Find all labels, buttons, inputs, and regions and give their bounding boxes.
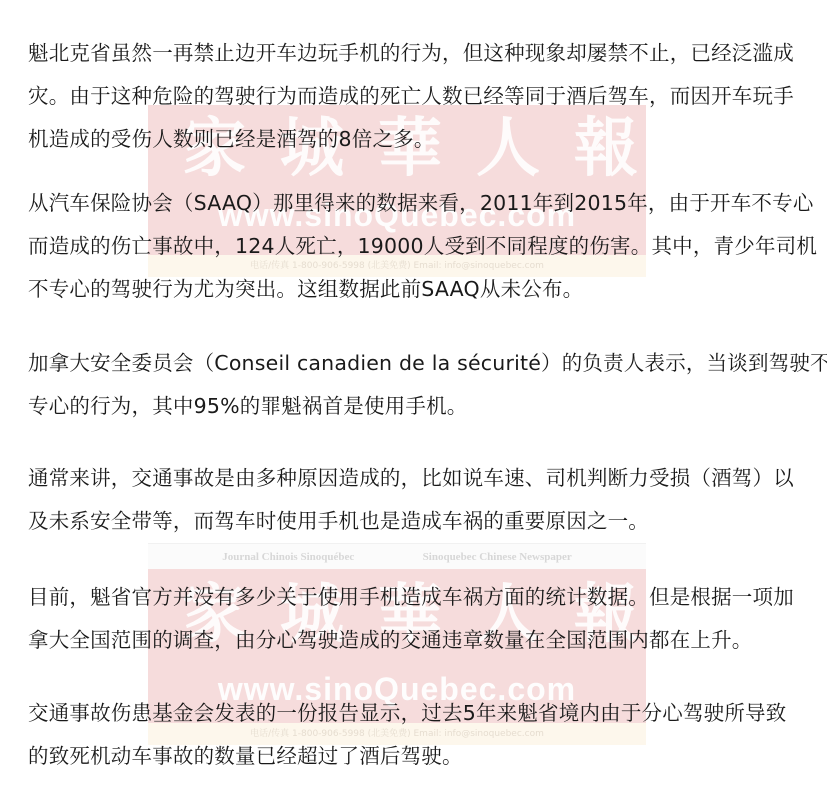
paragraph-1: 魁北克省虽然一再禁止边开车边玩手机的行为，但这种现象却屡禁不止，已经泛滥成 灾。…: [28, 32, 818, 161]
paragraph-line: 拿大全国范围的调查，由分心驾驶造成的交通违章数量在全国范围内都在上升。: [28, 619, 818, 662]
watermark-header-left: Journal Chinois Sinoquébec: [222, 551, 354, 563]
paragraph-line: 魁北克省虽然一再禁止边开车边玩手机的行为，但这种现象却屡禁不止，已经泛滥成: [28, 32, 818, 75]
paragraph-line: 目前，魁省官方并没有多少关于使用手机造成车祸方面的统计数据。但是根据一项加: [28, 576, 818, 619]
paragraph-line: 加拿大安全委员会（Conseil canadien de la sécurité…: [28, 342, 818, 385]
paragraph-3: 加拿大安全委员会（Conseil canadien de la sécurité…: [28, 342, 818, 428]
paragraph-line: 及未系安全带等，而驾车时使用手机也是造成车祸的重要原因之一。: [28, 500, 818, 543]
paragraph-line: 机造成的受伤人数则已经是酒驾的8倍之多。: [28, 118, 818, 161]
paragraph-6: 交通事故伤患基金会发表的一份报告显示，过去5年来魁省境内由于分心驾驶所导致 的致…: [28, 692, 818, 778]
paragraph-2: 从汽车保险协会（SAAQ）那里得来的数据来看，2011年到2015年，由于开车不…: [28, 182, 818, 311]
watermark-header: Journal Chinois Sinoquébec Sinoquebec Ch…: [148, 543, 646, 569]
paragraph-line: 灾。由于这种危险的驾驶行为而造成的死亡人数已经等同于酒后驾车，而因开车玩手: [28, 75, 818, 118]
paragraph-4: 通常来讲，交通事故是由多种原因造成的，比如说车速、司机判断力受损（酒驾）以 及未…: [28, 457, 818, 543]
paragraph-5: 目前，魁省官方并没有多少关于使用手机造成车祸方面的统计数据。但是根据一项加 拿大…: [28, 576, 818, 662]
paragraph-line: 交通事故伤患基金会发表的一份报告显示，过去5年来魁省境内由于分心驾驶所导致: [28, 692, 818, 735]
paragraph-line: 从汽车保险协会（SAAQ）那里得来的数据来看，2011年到2015年，由于开车不…: [28, 182, 818, 225]
paragraph-line: 的致死机动车事故的数量已经超过了酒后驾驶。: [28, 735, 818, 778]
watermark-header-right: Sinoquebec Chinese Newspaper: [423, 551, 572, 563]
paragraph-line: 通常来讲，交通事故是由多种原因造成的，比如说车速、司机判断力受损（酒驾）以: [28, 457, 818, 500]
paragraph-line: 而造成的伤亡事故中，124人死亡，19000人受到不同程度的伤害。其中，青少年司…: [28, 225, 818, 268]
paragraph-line: 不专心的驾驶行为尤为突出。这组数据此前SAAQ从未公布。: [28, 268, 818, 311]
paragraph-line: 专心的行为，其中95%的罪魁祸首是使用手机。: [28, 385, 818, 428]
